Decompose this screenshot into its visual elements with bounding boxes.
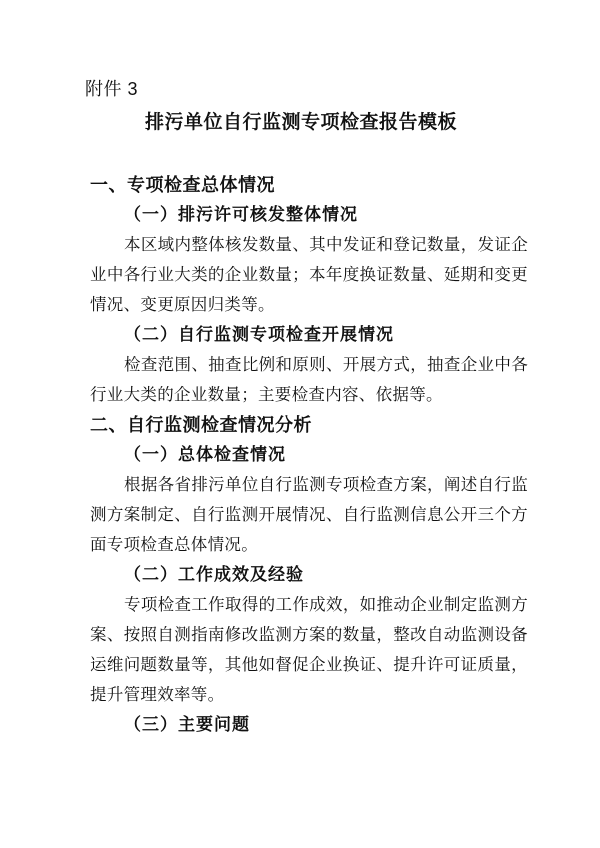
paragraph-permit-issuance: 本区域内整体核发数量、其中发证和登记数量，发证企业中各行业大类的企业数量；本年度…: [90, 230, 528, 320]
subsection-heading-self-monitoring-inspection: （二）自行监测专项检查开展情况: [90, 320, 528, 350]
document-page: 附件 3 排污单位自行监测专项检查报告模板 一、专项检查总体情况 （一）排污许可…: [0, 0, 600, 848]
subsection-heading-achievements-experience: （二）工作成效及经验: [90, 560, 528, 590]
subsection-heading-permit-issuance: （一）排污许可核发整体情况: [90, 200, 528, 230]
section-heading-inspection-analysis: 二、自行监测检查情况分析: [90, 410, 528, 440]
paragraph-overall-situation: 根据各省排污单位自行监测专项检查方案，阐述自行监测方案制定、自行监测开展情况、自…: [90, 470, 528, 560]
page-title: 排污单位自行监测专项检查报告模板: [74, 108, 528, 138]
attachment-label: 附件 3: [85, 77, 528, 101]
subsection-heading-overall-situation: （一）总体检查情况: [90, 440, 528, 470]
subsection-heading-main-problems: （三）主要问题: [90, 710, 528, 740]
document-body: 一、专项检查总体情况 （一）排污许可核发整体情况 本区域内整体核发数量、其中发证…: [90, 170, 528, 740]
paragraph-achievements-experience: 专项检查工作取得的工作成效，如推动企业制定监测方案、按照自测指南修改监测方案的数…: [90, 590, 528, 710]
section-heading-overall-inspection: 一、专项检查总体情况: [90, 170, 528, 200]
paragraph-self-monitoring-inspection: 检查范围、抽查比例和原则、开展方式，抽查企业中各行业大类的企业数量；主要检查内容…: [90, 350, 528, 410]
